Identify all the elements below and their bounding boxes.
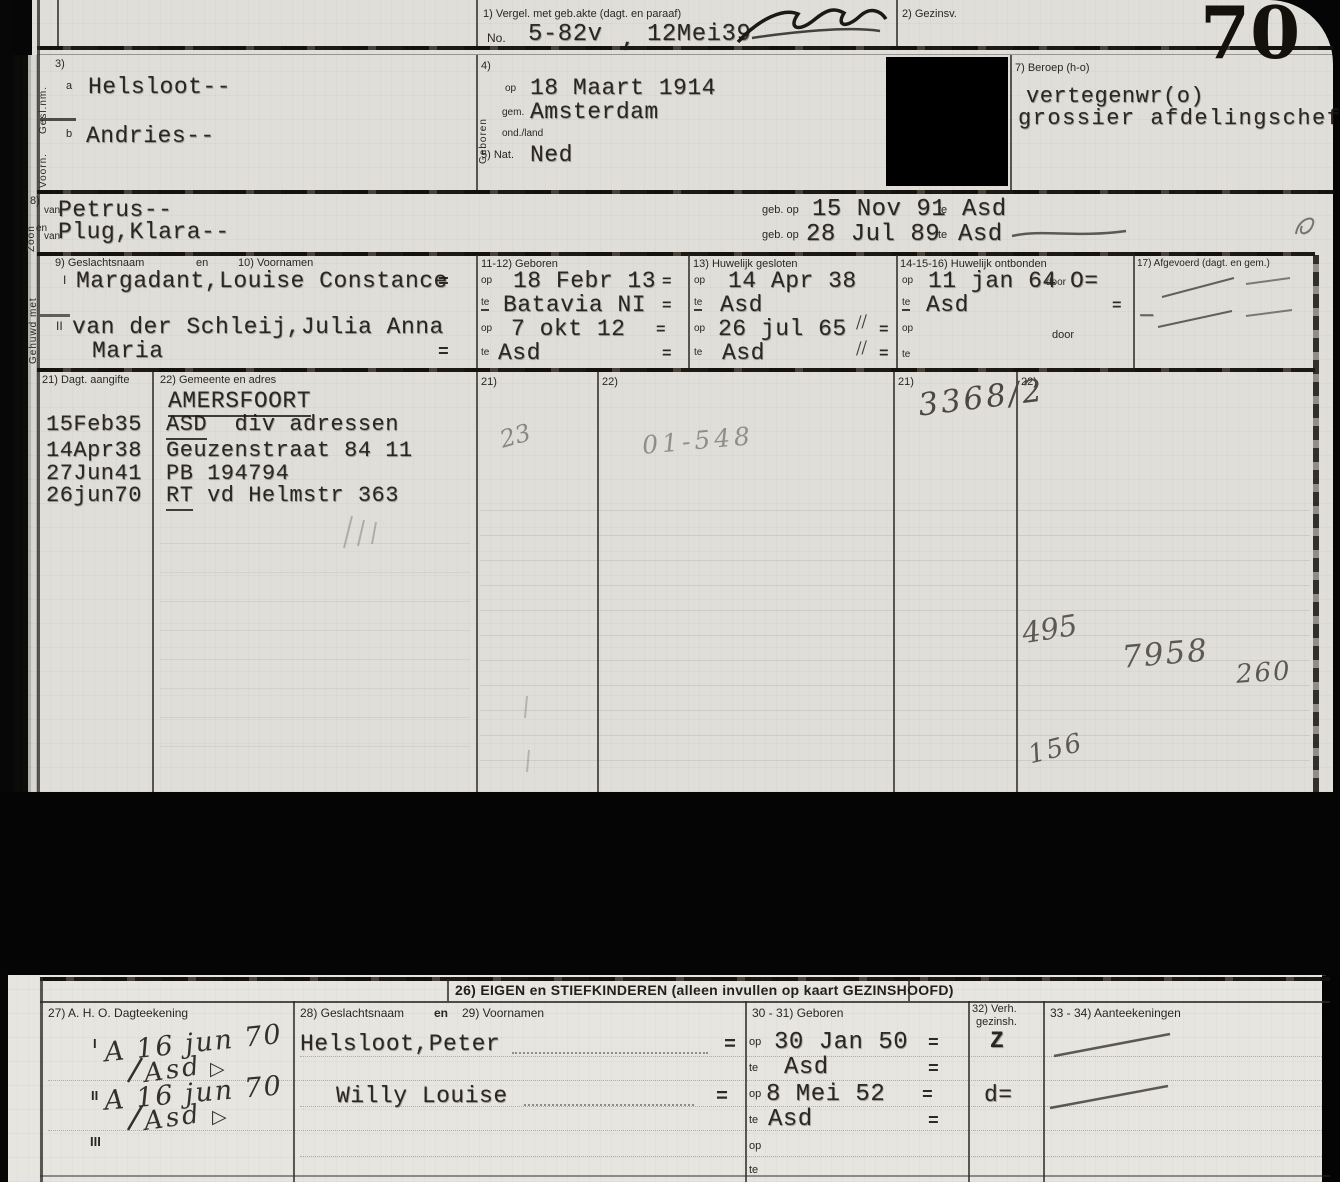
marriage2-date-value: 26 jul 65 xyxy=(718,316,847,342)
op-label: op xyxy=(694,275,705,286)
aho-header: 27) A. H. O. Dagteekening xyxy=(48,1006,188,1020)
header-en: en xyxy=(434,1006,448,1020)
door-label: door xyxy=(1046,277,1066,288)
handwritten-scribble xyxy=(1288,210,1324,242)
col21c-header: 21) xyxy=(898,376,914,388)
child-row-numeral: III xyxy=(90,1134,101,1149)
birth-date-value: 18 Maart 1914 xyxy=(530,75,716,101)
form-guide-lines xyxy=(160,520,470,775)
op-label: op xyxy=(902,323,913,334)
spouse2-name-value-line1: van der Schleij,Julia Anna xyxy=(72,314,444,340)
grid-line xyxy=(40,1001,1330,1003)
akte-number-value: 5-82v xyxy=(528,21,603,48)
dotted-leader xyxy=(512,1052,708,1054)
flourish-triangle: ▷ xyxy=(212,1106,227,1128)
grid-line xyxy=(896,255,898,368)
scan-scratch-right xyxy=(1313,255,1319,792)
op-label: op xyxy=(749,1140,761,1152)
te-label: te xyxy=(481,347,489,358)
born-gem-label: gem. xyxy=(502,107,524,118)
mother-birthdate-value: 28 Jul 89 xyxy=(806,221,940,248)
page-number: 70 xyxy=(1200,0,1300,75)
te-label: te xyxy=(902,349,910,360)
handwritten-stroke-marks xyxy=(1150,265,1315,335)
scan-edge-bottom-left xyxy=(0,975,8,1182)
separator-dash xyxy=(40,314,70,317)
father-geb-op-label: geb. op xyxy=(762,204,799,216)
address-rest-part: vd Helmstr 363 xyxy=(193,483,399,508)
grid-line xyxy=(37,190,1333,194)
typed-eq-mark: = xyxy=(928,1034,939,1054)
typed-eq-mark: = xyxy=(928,1060,939,1080)
ruled-line xyxy=(300,1106,1322,1107)
aangifte-date-value: 15Feb35 xyxy=(46,412,142,437)
col22b-header: 22) xyxy=(602,376,618,388)
spouse2-birthdate-value: 7 okt 12 xyxy=(511,316,625,342)
spouse1-birthdate-value: 18 Febr 13 xyxy=(513,268,656,294)
spouse1-name-value: Margadant,Louise Constance xyxy=(76,268,448,294)
typed-eq-mark: = xyxy=(922,1086,933,1106)
op-label: op xyxy=(749,1036,761,1048)
scanned-registration-card: 1) Vergel. met geb.akte (dagt. en paraaf… xyxy=(0,0,1340,1182)
married-to-side-label: Gehuwd met xyxy=(28,268,39,364)
grid-line xyxy=(37,54,1333,55)
typed-eq-mark: = xyxy=(879,345,889,363)
gezinsv-label: 2) Gezinsv. xyxy=(902,8,957,20)
child-row-numeral: II xyxy=(91,1088,98,1103)
spouse2-name-value-line2: Maria xyxy=(92,338,164,364)
typed-eq-mark: = xyxy=(438,343,449,363)
scan-smudge-left xyxy=(12,55,38,792)
form-left-border xyxy=(40,977,43,1182)
dissolved-by-value: O= xyxy=(1070,268,1099,294)
father-birthplace-value: Asd xyxy=(962,196,1007,223)
child-relation-value: d= xyxy=(984,1082,1013,1108)
child-relation-value: Z xyxy=(990,1028,1004,1054)
op-label: op xyxy=(481,275,492,286)
surname-value: Helsloot-- xyxy=(88,74,231,100)
surname-side-label: Gesl.nm. xyxy=(38,62,49,134)
compare-label: 1) Vergel. met geb.akte (dagt. en paraaf… xyxy=(483,8,681,20)
ruled-line xyxy=(300,1156,1322,1157)
handwritten-strike-mark xyxy=(1010,224,1130,244)
address-rest-part: div adressen xyxy=(207,412,399,437)
te-label: te xyxy=(694,297,702,311)
redacted-photo-box xyxy=(886,57,1008,186)
child-name-value: Helsloot,Peter xyxy=(300,1031,500,1057)
children-born-header: 30 - 31) Geboren xyxy=(752,1006,843,1020)
mother-te-label: te xyxy=(938,229,947,241)
children-section-title: 26) EIGEN en STIEFKINDEREN (alleen invul… xyxy=(455,982,954,998)
comma-mark: , xyxy=(621,26,636,53)
form-guide-lines xyxy=(480,505,1310,785)
scan-edge-left xyxy=(0,0,12,792)
ruled-line xyxy=(48,1080,1322,1081)
aangifte-date-value: 14Apr38 xyxy=(46,438,142,463)
grid-line xyxy=(745,1001,747,1182)
typed-eq-mark: = xyxy=(662,297,672,315)
typed-eq-mark: = xyxy=(656,321,666,339)
address-value: Geuzenstraat 84 11 xyxy=(166,438,413,463)
born-op-label: op xyxy=(505,83,516,94)
address-value: ASD div adressen xyxy=(166,412,399,437)
address-underlined-part: ASD xyxy=(166,412,207,440)
grid-line xyxy=(37,368,1315,372)
birth-place-value: Amsterdam xyxy=(530,99,659,125)
aangifte-date-value: 26jun70 xyxy=(46,483,142,508)
beroep-label: 7) Beroep (h-o) xyxy=(1015,62,1090,74)
child-birthdate-value: 30 Jan 50 xyxy=(774,1029,908,1056)
ruled-line xyxy=(48,1130,1322,1131)
op-label: op xyxy=(749,1088,761,1100)
notes-header: 33 - 34) Aanteekeningen xyxy=(1050,1006,1181,1020)
grid-line xyxy=(1133,255,1135,368)
verh-header-line1: 32) Verh. xyxy=(972,1003,1017,1015)
verh-header-line2: gezinsh. xyxy=(976,1016,1017,1028)
address-underlined-part: RT xyxy=(166,483,193,511)
mother-name-value: Plug,Klara-- xyxy=(58,219,230,245)
typed-eq-mark: = xyxy=(662,345,672,363)
grid-line xyxy=(40,1175,1330,1177)
child-birthdate-value: 8 Mei 52 xyxy=(766,1081,885,1108)
grid-line xyxy=(37,252,1315,256)
firstnames-value: Andries-- xyxy=(86,123,215,149)
aangifte-date-header: 21) Dagt. aangifte xyxy=(42,374,129,386)
field8-number: 8) xyxy=(30,195,40,207)
grid-line xyxy=(152,372,154,792)
spouse2-birthplace-value: Asd xyxy=(498,340,541,366)
te-label: te xyxy=(749,1062,758,1074)
children-surname-header: 28) Geslachtsnaam xyxy=(300,1006,404,1020)
ruled-line xyxy=(300,1056,1322,1057)
dissolved-place-value: Asd xyxy=(926,292,969,318)
spouse1-birthplace-value: Batavia NI xyxy=(503,292,646,318)
father-te-label: te xyxy=(938,204,947,216)
typed-eq-mark: = xyxy=(928,1112,939,1132)
address-value: RT vd Helmstr 363 xyxy=(166,483,399,508)
grid-line xyxy=(896,0,898,47)
marriage1-date-value: 14 Apr 38 xyxy=(728,268,857,294)
grid-line xyxy=(447,979,449,1001)
typed-eq-mark: = xyxy=(438,273,449,293)
nationality-value: Ned xyxy=(530,142,573,168)
col21b-header: 21) xyxy=(481,376,497,388)
children-firstnames-header: 29) Voornamen xyxy=(462,1006,544,1020)
separator-dash xyxy=(40,118,76,121)
father-birthdate-value: 15 Nov 91 xyxy=(812,196,946,223)
child-row-numeral: I xyxy=(93,1036,97,1051)
te-label: te xyxy=(902,297,910,311)
no-label: No. xyxy=(487,31,506,45)
child-birthplace-value: Asd xyxy=(784,1054,829,1081)
field4-number: 4) xyxy=(481,60,491,72)
scan-tear-bottom-right xyxy=(1322,975,1340,1182)
grid-line xyxy=(968,1001,970,1182)
child-birthplace-value: Asd xyxy=(768,1106,813,1133)
op-label: op xyxy=(481,323,492,334)
grid-line xyxy=(1043,1001,1045,1182)
grid-line xyxy=(476,372,478,792)
grid-line xyxy=(40,977,1330,981)
ond-land-label: ond./land xyxy=(502,128,543,139)
grid-line xyxy=(476,255,478,368)
spouse1-roman-numeral: I xyxy=(63,273,66,287)
occupation-line2: grossier afdelingschef xyxy=(1018,106,1340,131)
marriage1-place-value: Asd xyxy=(720,292,763,318)
op-label: op xyxy=(694,323,705,334)
grid-line xyxy=(1010,55,1012,191)
grid-line xyxy=(293,1001,295,1182)
typed-eq-mark: = xyxy=(1112,297,1122,315)
grid-line xyxy=(57,0,59,47)
field3-number: 3) xyxy=(55,58,65,70)
te-label: te xyxy=(481,297,489,311)
typed-eq-mark: = xyxy=(724,1034,736,1057)
op-label: op xyxy=(902,275,913,286)
typed-eq-mark: = xyxy=(879,321,889,339)
te-label: te xyxy=(749,1114,758,1126)
marriage2-place-value: Asd xyxy=(722,340,765,366)
typed-eq-mark: = xyxy=(662,273,672,291)
dissolved-date-value: 11 jan 64 xyxy=(928,268,1057,294)
mother-geb-op-label: geb. op xyxy=(762,229,799,241)
nat-label: 5) Nat. xyxy=(481,149,514,161)
grid-line xyxy=(476,0,478,47)
door-label: door xyxy=(1052,329,1074,341)
row-b-label: b xyxy=(66,128,72,140)
row-a-label: a xyxy=(66,80,72,92)
grid-line xyxy=(688,255,690,368)
paraaf-signature-squiggle xyxy=(730,2,890,50)
mother-birthplace-value: Asd xyxy=(958,221,1003,248)
spouse2-roman-numeral: II xyxy=(56,319,63,333)
te-label: te xyxy=(694,347,702,358)
address-header: 22) Gemeente en adres xyxy=(160,374,276,386)
firstnames-side-label: Voorn. xyxy=(38,130,49,188)
